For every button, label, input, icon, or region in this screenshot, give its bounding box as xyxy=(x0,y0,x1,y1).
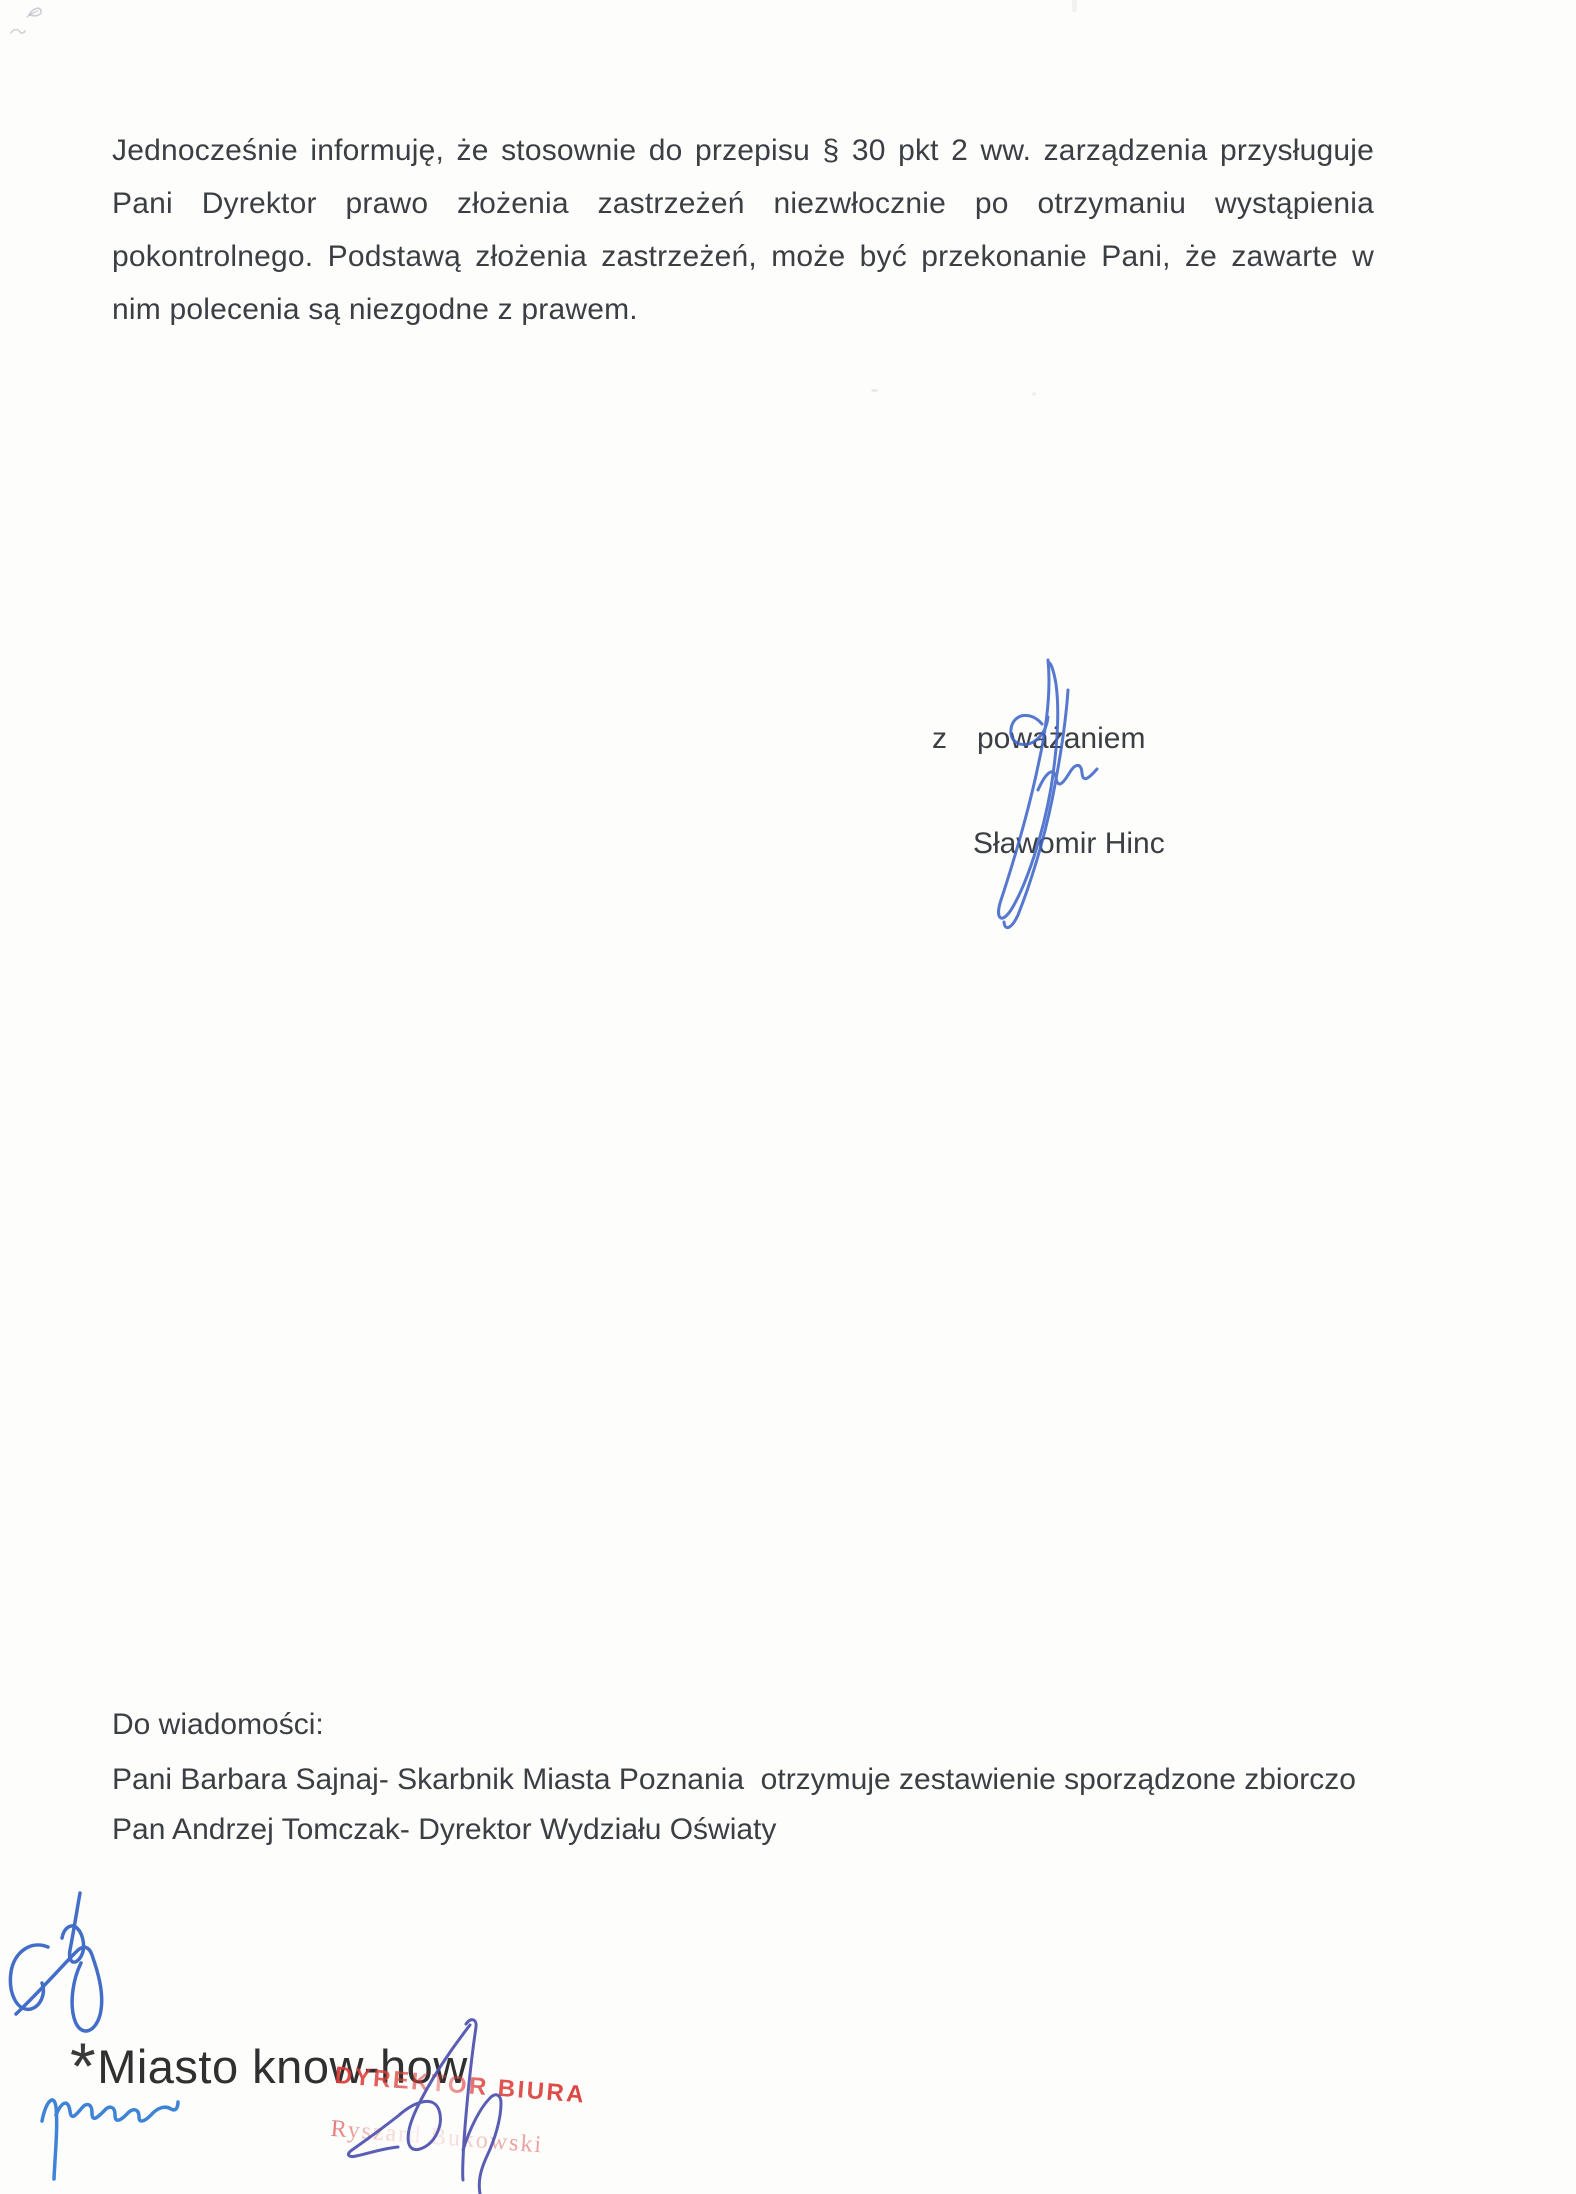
scan-speck xyxy=(871,389,878,392)
paragraph-line: pokontrolnego. Podstawą złożenia zastrze… xyxy=(112,230,1374,283)
paragraph-line: Jednocześnie informuję, że stosownie do … xyxy=(112,124,1374,177)
document-page: Jednocześnie informuję, że stosownie do … xyxy=(0,0,1576,2194)
footer-signature-left xyxy=(0,1872,130,2052)
body-paragraph: Jednocześnie informuję, że stosownie do … xyxy=(112,124,1374,336)
hinc-signature xyxy=(960,628,1110,940)
director-signature xyxy=(338,2008,520,2194)
pencil-smudge-marks xyxy=(4,2,64,47)
footer-signature-scribble xyxy=(28,2083,203,2194)
cc-recipient: Pan Andrzej Tomczak- Dyrektor Wydziału O… xyxy=(112,1813,776,1847)
closing-prefix: z xyxy=(932,722,947,756)
paragraph-line: Pani Dyrektor prawo złożenia zastrzeżeń … xyxy=(112,177,1374,230)
cc-heading: Do wiadomości: xyxy=(112,1708,324,1742)
scan-speck xyxy=(1032,392,1036,396)
cc-recipient: Pani Barbara Sajnaj- Skarbnik Miasta Poz… xyxy=(112,1763,1356,1797)
paragraph-line: nim polecenia są niezgodne z prawem. xyxy=(112,283,1374,336)
scan-speck xyxy=(1072,0,1077,12)
